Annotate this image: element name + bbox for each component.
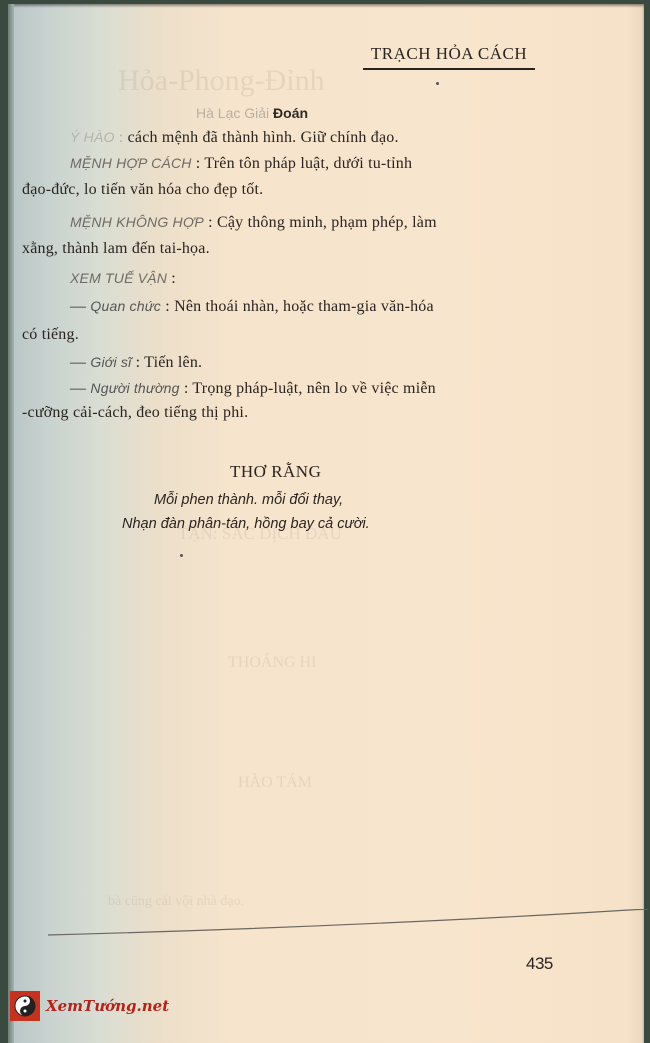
label: MỆNH HỢP CÁCH: [70, 155, 192, 171]
label: Giới sĩ: [90, 354, 131, 370]
label: XEM TUẾ VẬN: [70, 270, 167, 286]
label: Ý HÀO: [70, 129, 115, 145]
label: Quan chức: [90, 298, 161, 314]
poem-title: THƠ RẰNG: [230, 462, 321, 482]
label: Người thường: [90, 380, 179, 396]
site-watermark: XemTướng.net: [10, 991, 169, 1021]
fortune-nguoi-thuong: — Người thường : Trọng pháp-luật, nên lo…: [70, 380, 436, 398]
paragraph-menh-khong-hop: MỆNH KHÔNG HỢP : Cậy thông minh, phạm ph…: [70, 214, 437, 232]
label: MỆNH KHÔNG HỢP: [70, 214, 204, 230]
page-number: 435: [526, 954, 553, 974]
bleed-through-text: bà cũng cái vội nhà dạo.: [108, 894, 244, 910]
subtitle-strong: Đoán: [273, 105, 308, 121]
subtitle-faint: Hà Lạc Giải: [196, 105, 273, 121]
watermark-text: XemTướng.net: [46, 997, 169, 1015]
paragraph-y-hao: Ý HÀO : cách mệnh đã thành hình. Giữ chí…: [70, 129, 399, 147]
fortune-quan-chuc: — Quan chức : Nên thoái nhàn, hoặc tham-…: [70, 298, 434, 316]
fortune-continuation: có tiếng.: [22, 326, 79, 344]
paragraph-menh-hop-cach: MỆNH HỢP CÁCH : Trên tôn pháp luật, dưới…: [70, 155, 412, 173]
body-text: cách mệnh đã thành hình. Giữ chính đạo.: [128, 129, 399, 146]
print-speck: [180, 554, 183, 557]
paragraph-continuation: xằng, thành lam đến tai-họa.: [22, 240, 210, 258]
bleed-through-text: HÀO TÁM: [238, 774, 312, 792]
running-header: TRẠCH HỎA CÁCH: [363, 44, 535, 70]
fortune-continuation: -cưỡng cải-cách, đeo tiếng thị phi.: [22, 404, 248, 422]
paragraph-xem-tue-van: XEM TUẾ VẬN :: [70, 270, 176, 288]
paragraph-continuation: đạo-đức, lo tiến văn hóa cho đẹp tốt.: [22, 181, 263, 199]
poem-line: Nhạn đàn phân-tán, hồng bay cả cười.: [122, 516, 370, 532]
print-speck: [436, 82, 439, 85]
bleed-through-text: Hỏa-Phong-Đỉnh: [118, 64, 325, 98]
yin-yang-icon: [10, 991, 40, 1021]
body-text: Tiến lên.: [144, 354, 202, 371]
body-text: Trọng pháp-luật, nên lo về việc miễn: [192, 380, 435, 397]
section-subtitle: Hà Lạc Giải Đoán: [196, 105, 308, 121]
poem-line: Mỗi phen thành. mỗi đổi thay,: [154, 492, 343, 508]
body-text: Nên thoái nhàn, hoặc tham-gia văn-hóa: [174, 298, 434, 315]
body-text: Trên tôn pháp luật, dưới tu-tỉnh: [204, 155, 412, 172]
fortune-gioi-si: — Giới sĩ : Tiến lên.: [70, 354, 202, 372]
book-page: Hỏa-Phong-Đỉnh TẬN: SẮC DỊCH ĐẤU THOÁNG …: [8, 4, 644, 1043]
page-fold-line: [48, 909, 648, 939]
body-text: Cậy thông minh, phạm phép, làm: [217, 214, 437, 231]
bleed-through-text: THOÁNG HI: [228, 654, 316, 672]
